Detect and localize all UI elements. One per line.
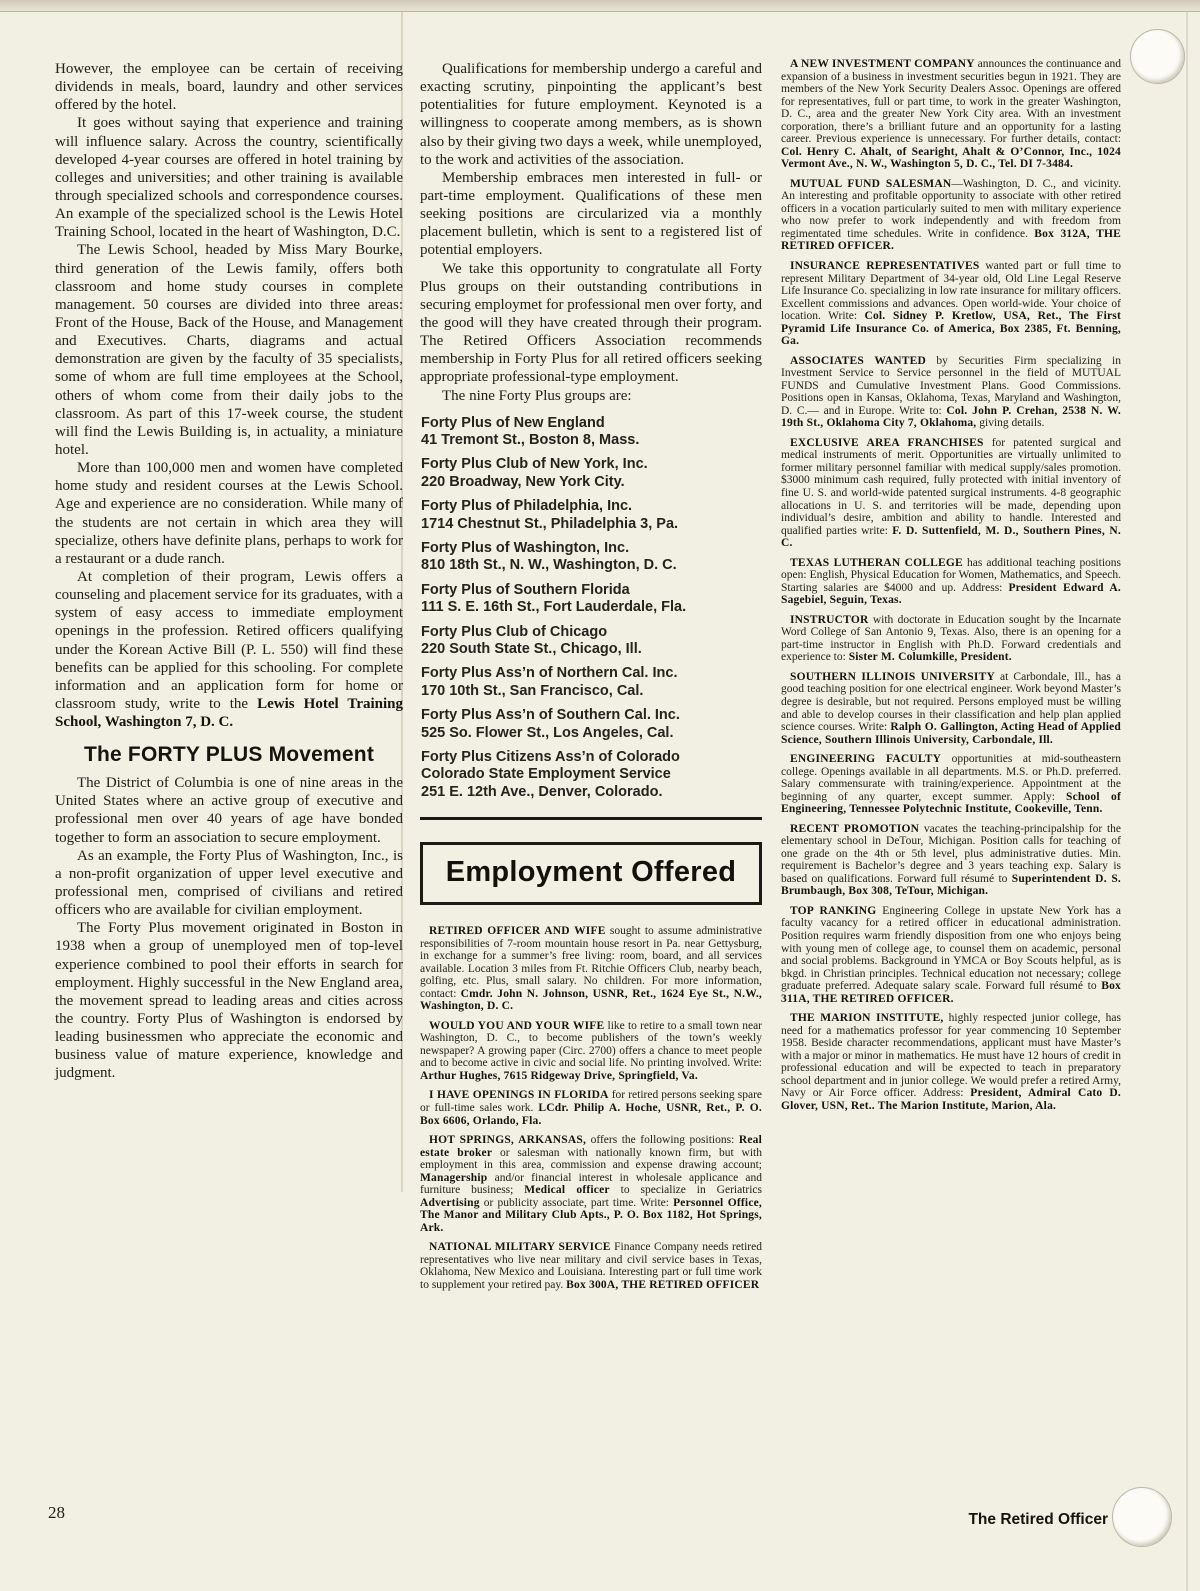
classified-ad: ASSOCIATES WANTED by Securities Firm spe… bbox=[781, 355, 1121, 430]
forty-plus-group: Forty Plus Club of Chicago220 South Stat… bbox=[421, 624, 762, 659]
paragraph: The nine Forty Plus groups are: bbox=[420, 387, 762, 405]
paragraph: At completion of their program, Lewis of… bbox=[55, 568, 403, 731]
paragraph: More than 100,000 men and women have com… bbox=[55, 459, 403, 568]
classified-ad: TOP RANKING Engineering College in upsta… bbox=[781, 905, 1121, 1005]
group-line: 525 So. Flower St., Los Angeles, Cal. bbox=[421, 725, 762, 742]
classified-ad: THE MARION INSTITUTE, highly respected j… bbox=[781, 1012, 1121, 1112]
punch-hole-top bbox=[1130, 29, 1185, 84]
paragraph: We take this opportunity to congratulate… bbox=[420, 260, 762, 387]
text: The Lewis School, headed by Miss Mary Bo… bbox=[55, 242, 403, 458]
text: It goes without saying that experience a… bbox=[55, 115, 403, 240]
column-right: A NEW INVESTMENT COMPANY announces the c… bbox=[781, 58, 1121, 1119]
paragraph: The Lewis School, headed by Miss Mary Bo… bbox=[55, 241, 403, 459]
text: As an example, the Forty Plus of Washing… bbox=[55, 848, 403, 918]
column-left: However, the employee can be certain of … bbox=[55, 60, 403, 1083]
forty-plus-group: Forty Plus Citizens Ass’n of ColoradoCol… bbox=[421, 749, 762, 801]
punch-hole-bottom bbox=[1112, 1487, 1172, 1547]
bold-text: TOP RANKING bbox=[790, 905, 876, 917]
group-line: Colorado State Employment Service bbox=[421, 766, 762, 783]
group-line: 111 S. E. 16th St., Fort Lauderdale, Fla… bbox=[421, 599, 762, 616]
bold-text: RECENT PROMOTION bbox=[790, 823, 919, 835]
text: At completion of their program, Lewis of… bbox=[55, 569, 403, 712]
text: The nine Forty Plus groups are: bbox=[442, 388, 632, 404]
text: Membership embraces men interested in fu… bbox=[420, 170, 762, 259]
text: announces the continuance and expansion … bbox=[781, 58, 1121, 145]
classified-ad: RETIRED OFFICER AND WIFE sought to assum… bbox=[420, 925, 762, 1013]
bold-text: EXCLUSIVE AREA FRANCHISES bbox=[790, 437, 984, 449]
text: Engineering College in upstate New York … bbox=[781, 905, 1121, 992]
bold-text: WOULD YOU AND YOUR WIFE bbox=[429, 1020, 604, 1032]
bold-text: Arthur Hughes, 7615 Ridgeway Drive, Spri… bbox=[420, 1070, 698, 1082]
text: offers the following positions: bbox=[586, 1134, 739, 1146]
text: Qualifications for membership undergo a … bbox=[420, 61, 762, 168]
text: We take this opportunity to congratulate… bbox=[420, 261, 762, 386]
classified-ad: WOULD YOU AND YOUR WIFE like to retire t… bbox=[420, 1020, 762, 1083]
forty-plus-group: Forty Plus Club of New York, Inc.220 Bro… bbox=[421, 456, 762, 491]
classified-ad: INSTRUCTOR with doctorate in Education s… bbox=[781, 614, 1121, 664]
bold-text: Col. Henry C. Ahalt, of Searight, Ahalt … bbox=[781, 146, 1121, 171]
classified-ad: ENGINEERING FACULTY opportunities at mid… bbox=[781, 753, 1121, 816]
group-line: 220 Broadway, New York City. bbox=[421, 474, 762, 491]
group-line: Forty Plus Ass’n of Southern Cal. Inc. bbox=[421, 707, 762, 724]
paragraph: Qualifications for membership undergo a … bbox=[420, 60, 762, 169]
group-line: Forty Plus Ass’n of Northern Cal. Inc. bbox=[421, 665, 762, 682]
bold-text: ENGINEERING FACULTY bbox=[790, 753, 941, 765]
classified-ad: EXCLUSIVE AREA FRANCHISES for patented s… bbox=[781, 437, 1121, 550]
classified-ad: I HAVE OPENINGS IN FLORIDA for retired p… bbox=[420, 1089, 762, 1127]
bold-text: Advertising bbox=[420, 1197, 480, 1209]
group-line: Forty Plus of Southern Florida bbox=[421, 582, 762, 599]
bold-text: ASSOCIATES WANTED bbox=[790, 355, 926, 367]
bold-text: HOT SPRINGS, ARKANSAS, bbox=[429, 1134, 586, 1146]
footer-magazine-title: The Retired Officer bbox=[968, 1511, 1108, 1529]
text: for patented surgical and medical instru… bbox=[781, 437, 1121, 537]
text: The Forty Plus movement originated in Bo… bbox=[55, 920, 403, 1081]
bold-text: Cmdr. John N. Johnson, USNR, Ret., 1624 … bbox=[420, 988, 762, 1013]
paragraph: The Forty Plus movement originated in Bo… bbox=[55, 919, 403, 1082]
paragraph: It goes without saying that experience a… bbox=[55, 114, 403, 241]
group-line: 1714 Chestnut St., Philadelphia 3, Pa. bbox=[421, 516, 762, 533]
forty-plus-group: Forty Plus Ass’n of Northern Cal. Inc.17… bbox=[421, 665, 762, 700]
bold-text: MUTUAL FUND SALESMAN bbox=[790, 178, 951, 190]
text: More than 100,000 men and women have com… bbox=[55, 460, 403, 567]
group-line: Forty Plus of Philadelphia, Inc. bbox=[421, 498, 762, 515]
text: or publicity associate, part time. Write… bbox=[480, 1197, 673, 1209]
group-line: 810 18th St., N. W., Washington, D. C. bbox=[421, 557, 762, 574]
classified-ad: TEXAS LUTHERAN COLLEGE has additional te… bbox=[781, 557, 1121, 607]
page-top-edge bbox=[0, 0, 1200, 12]
group-line: 41 Tremont St., Boston 8, Mass. bbox=[421, 432, 762, 449]
bold-text: THE MARION INSTITUTE, bbox=[790, 1012, 944, 1024]
group-line: 251 E. 12th Ave., Denver, Colorado. bbox=[421, 784, 762, 801]
group-line: 170 10th St., San Francisco, Cal. bbox=[421, 683, 762, 700]
classified-ad: MUTUAL FUND SALESMAN—Washington, D. C., … bbox=[781, 178, 1121, 253]
section-heading: The FORTY PLUS Movement bbox=[55, 743, 403, 767]
classified-ad: NATIONAL MILITARY SERVICE Finance Compan… bbox=[420, 1241, 762, 1291]
bold-text: NATIONAL MILITARY SERVICE bbox=[429, 1241, 611, 1253]
classified-ad: HOT SPRINGS, ARKANSAS, offers the follow… bbox=[420, 1134, 762, 1234]
employment-offered-box: Employment Offered bbox=[420, 842, 762, 905]
classified-ad: INSURANCE REPRESENTATIVES wanted part or… bbox=[781, 260, 1121, 348]
bold-text: I HAVE OPENINGS IN FLORIDA bbox=[429, 1089, 609, 1101]
bold-text: INSURANCE REPRESENTATIVES bbox=[790, 260, 979, 272]
paragraph: Membership embraces men interested in fu… bbox=[420, 169, 762, 260]
forty-plus-group: Forty Plus of New England41 Tremont St.,… bbox=[421, 415, 762, 450]
column-middle: Qualifications for membership undergo a … bbox=[420, 60, 762, 1298]
group-line: Forty Plus Club of New York, Inc. bbox=[421, 456, 762, 473]
text: to specialize in Geriatrics bbox=[610, 1184, 762, 1196]
classified-ad: A NEW INVESTMENT COMPANY announces the c… bbox=[781, 58, 1121, 171]
bold-text: TEXAS LUTHERAN COLLEGE bbox=[790, 557, 963, 569]
text: However, the employee can be certain of … bbox=[55, 61, 403, 113]
group-line: 220 South State St., Chicago, Ill. bbox=[421, 641, 762, 658]
bold-text: INSTRUCTOR bbox=[790, 614, 868, 626]
text: highly respected junior college, has nee… bbox=[781, 1012, 1121, 1099]
classified-ad: RECENT PROMOTION vacates the teaching-pr… bbox=[781, 823, 1121, 898]
paper-crease-right bbox=[1186, 12, 1188, 1591]
bold-text: Managership bbox=[420, 1172, 487, 1184]
text: The District of Columbia is one of nine … bbox=[55, 775, 403, 845]
bold-text: Medical officer bbox=[524, 1184, 609, 1196]
group-line: Forty Plus of Washington, Inc. bbox=[421, 540, 762, 557]
bold-text: A NEW INVESTMENT COMPANY bbox=[790, 58, 975, 70]
bold-text: SOUTHERN ILLINOIS UNIVERSITY bbox=[790, 671, 995, 683]
bold-text: Box 300A, THE RETIRED OFFICER bbox=[566, 1279, 759, 1291]
group-line: Forty Plus Club of Chicago bbox=[421, 624, 762, 641]
paragraph: The District of Columbia is one of nine … bbox=[55, 774, 403, 847]
forty-plus-group: Forty Plus of Washington, Inc.810 18th S… bbox=[421, 540, 762, 575]
classified-ad: SOUTHERN ILLINOIS UNIVERSITY at Carbonda… bbox=[781, 671, 1121, 746]
bold-text: RETIRED OFFICER AND WIFE bbox=[429, 925, 606, 937]
forty-plus-group: Forty Plus Ass’n of Southern Cal. Inc.52… bbox=[421, 707, 762, 742]
bold-text: Sister M. Columkille, President. bbox=[849, 651, 1012, 663]
group-line: Forty Plus of New England bbox=[421, 415, 762, 432]
paragraph: However, the employee can be certain of … bbox=[55, 60, 403, 114]
text: giving details. bbox=[976, 417, 1044, 429]
divider-rule bbox=[420, 817, 762, 820]
group-line: Forty Plus Citizens Ass’n of Colorado bbox=[421, 749, 762, 766]
forty-plus-group: Forty Plus of Philadelphia, Inc.1714 Che… bbox=[421, 498, 762, 533]
page-number: 28 bbox=[48, 1503, 65, 1523]
paragraph: As an example, the Forty Plus of Washing… bbox=[55, 847, 403, 920]
forty-plus-group: Forty Plus of Southern Florida111 S. E. … bbox=[421, 582, 762, 617]
